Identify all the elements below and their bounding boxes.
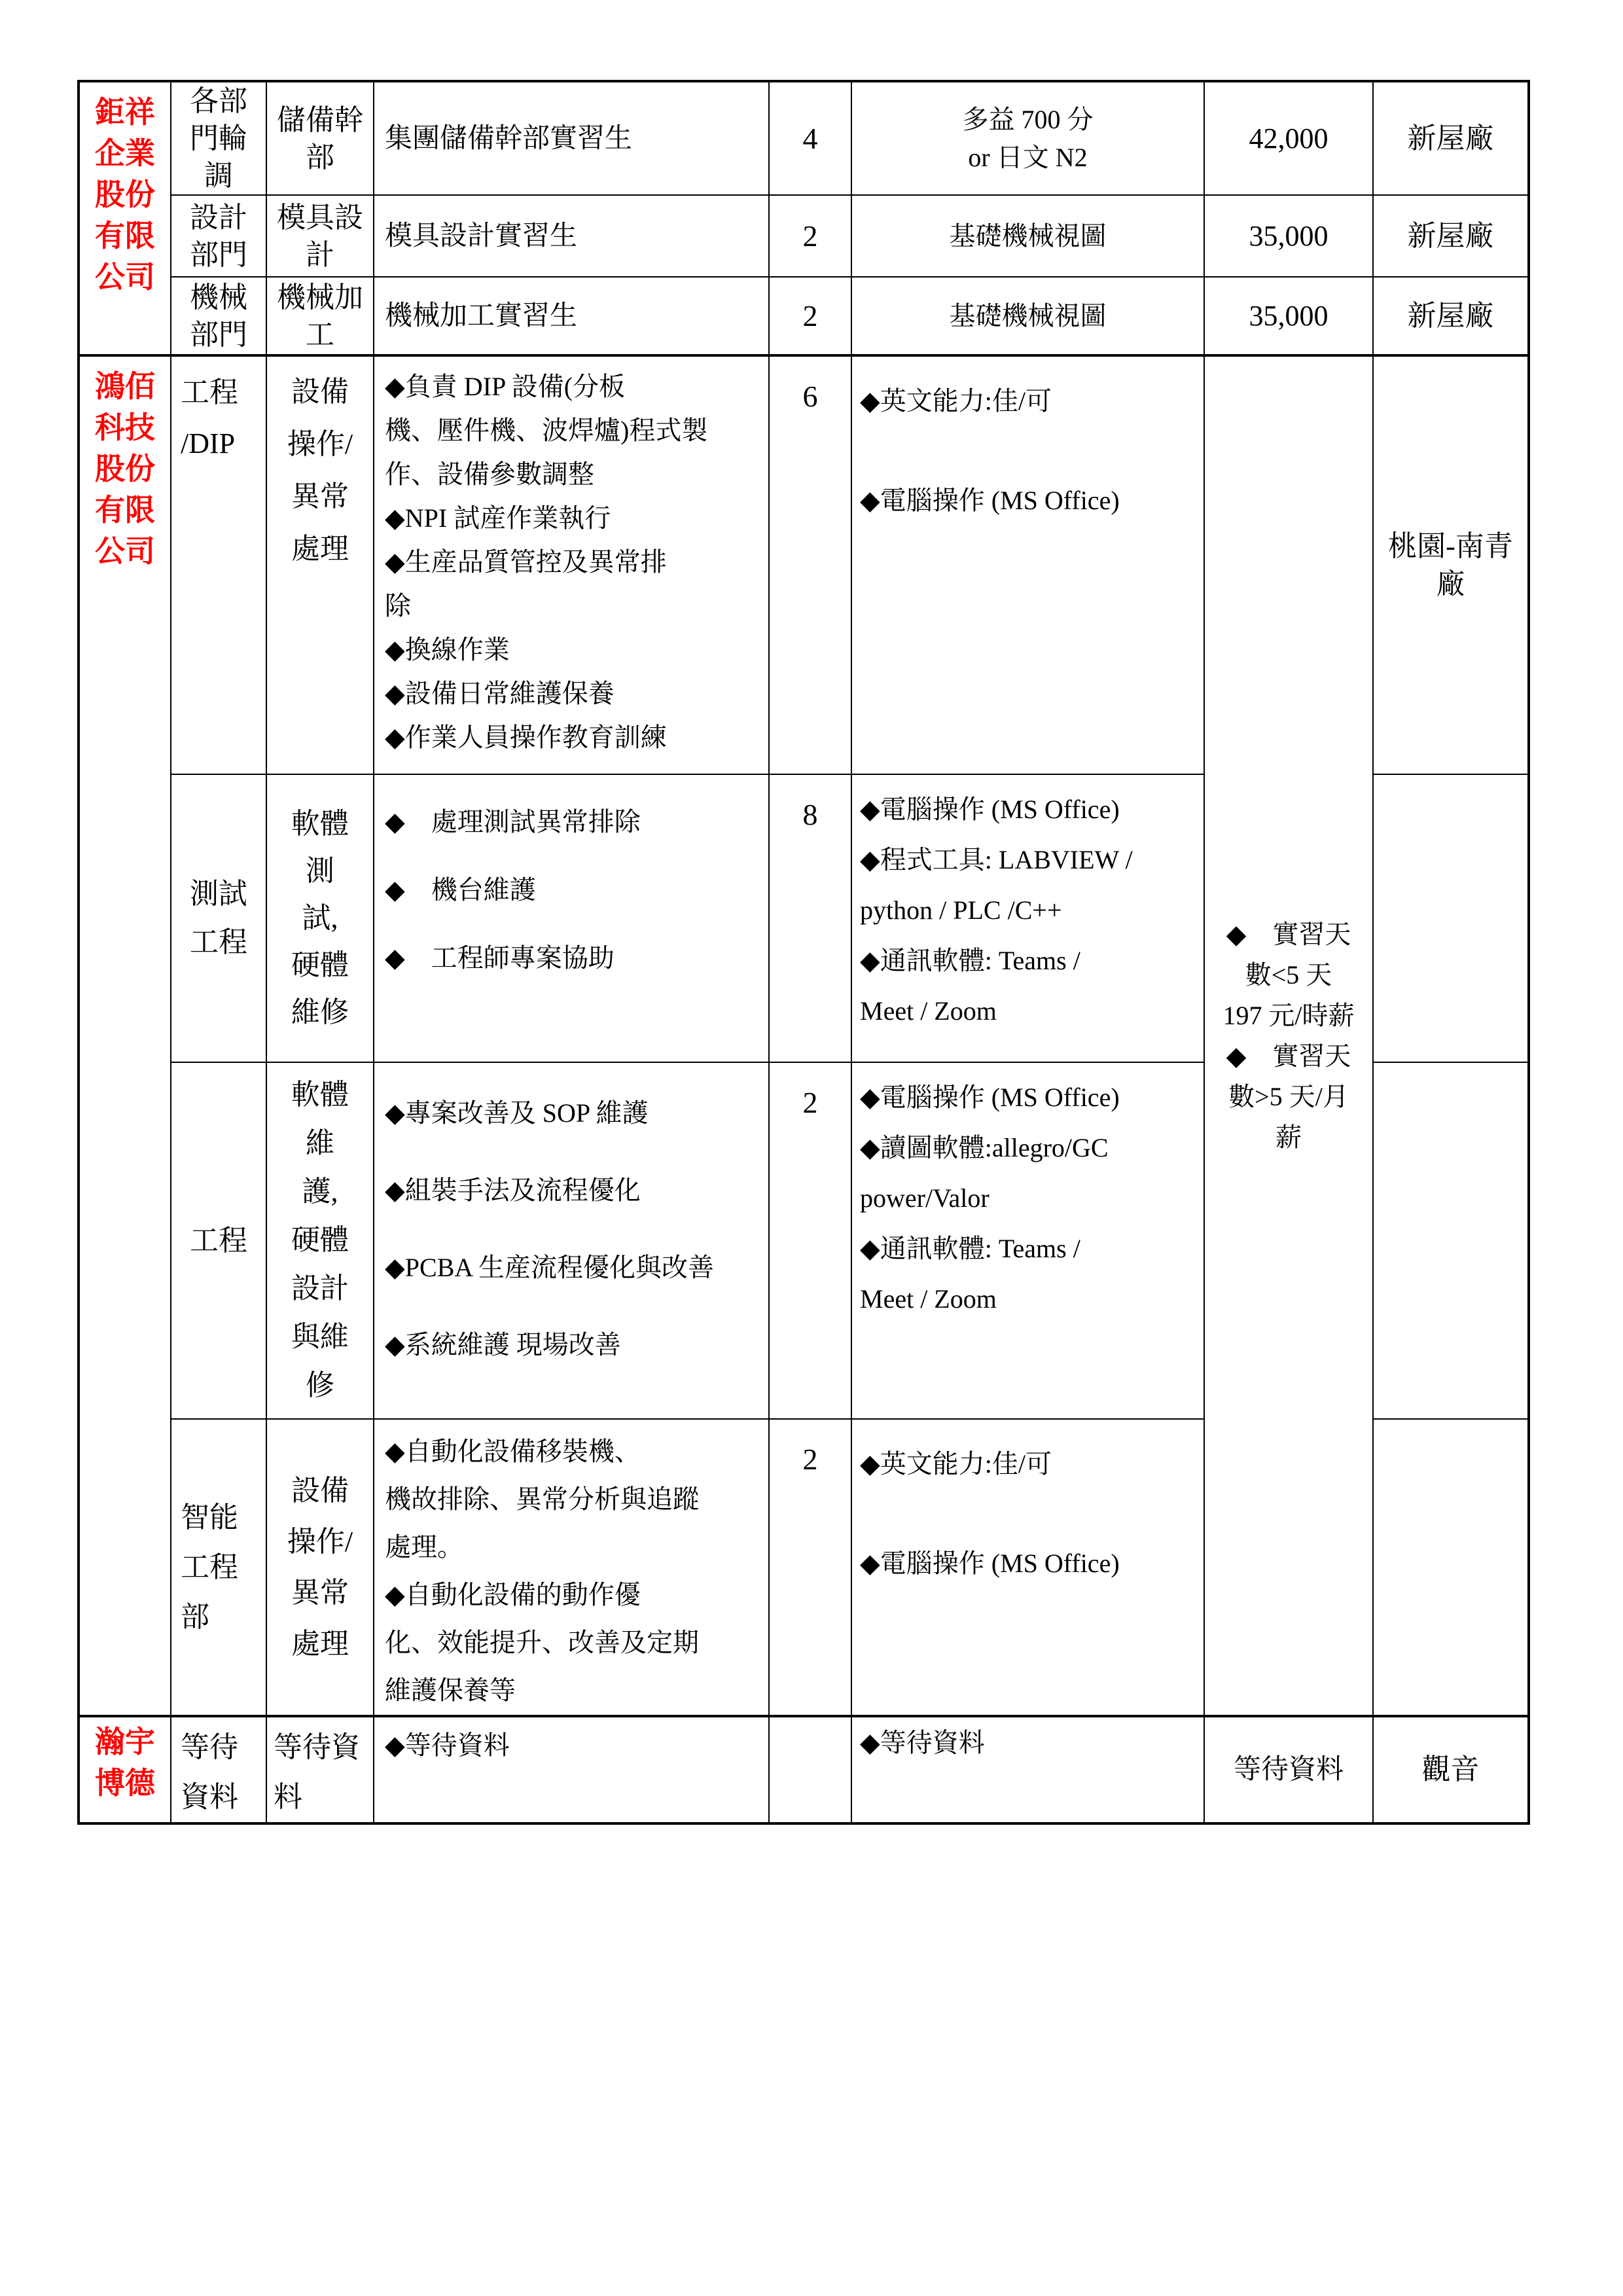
role-cell: 儲備幹 部 [266, 81, 374, 195]
headcount-cell: 2 [769, 277, 851, 355]
internship-table: 鉅祥 企業 股份 有限 公司 各部 門輪 調 儲備幹 部 集團儲備幹部實習生 4… [77, 80, 1530, 1825]
requirements-cell: 基礎機械視圖 [851, 195, 1204, 277]
location-cell [1373, 1062, 1529, 1419]
department-cell: 工程 [171, 1062, 266, 1419]
department-cell: 測試 工程 [171, 774, 266, 1062]
headcount-cell: 4 [769, 81, 851, 195]
role-cell: 軟體 測 試, 硬體 維修 [266, 774, 374, 1062]
location-cell: 桃園-南青 廠 [1373, 355, 1529, 774]
location-cell: 新屋廠 [1373, 81, 1529, 195]
location-cell [1373, 774, 1529, 1062]
salary-cell: 35,000 [1204, 195, 1373, 277]
role-cell: 機械加 工 [266, 277, 374, 355]
location-cell [1373, 1419, 1529, 1716]
company-name: 瀚宇 博德 [79, 1716, 171, 1823]
department-cell: 機械 部門 [171, 277, 266, 355]
location-cell: 觀音 [1373, 1716, 1529, 1823]
description-cell: 機械加工實習生 [374, 277, 769, 355]
description-cell: ◆等待資料 [374, 1716, 769, 1823]
requirements-cell: ◆英文能力:佳/可 ◆電腦操作 (MS Office) [851, 355, 1204, 774]
requirements-cell: ◆電腦操作 (MS Office) ◆程式工具: LABVIEW / pytho… [851, 774, 1204, 1062]
location-cell: 新屋廠 [1373, 195, 1529, 277]
table-row: 瀚宇 博德 等待 資料 等待資 料 ◆等待資料 ◆等待資料 等待資料 觀音 [79, 1716, 1529, 1823]
document-page: 鉅祥 企業 股份 有限 公司 各部 門輪 調 儲備幹 部 集團儲備幹部實習生 4… [0, 0, 1623, 2296]
salary-cell: 35,000 [1204, 277, 1373, 355]
description-cell: 模具設計實習生 [374, 195, 769, 277]
description-cell: 集團儲備幹部實習生 [374, 81, 769, 195]
requirements-cell: ◆電腦操作 (MS Office) ◆讀圖軟體:allegro/GC power… [851, 1062, 1204, 1419]
headcount-cell: 6 [769, 355, 851, 774]
department-cell: 工程 /DIP [171, 355, 266, 774]
role-cell: 軟體 維 護, 硬體 設計 與維 修 [266, 1062, 374, 1419]
table-row: 鴻佰 科技 股份 有限 公司 工程 /DIP 設備 操作/ 異常 處理 ◆負責 … [79, 355, 1529, 774]
salary-cell: 42,000 [1204, 81, 1373, 195]
headcount-cell: 8 [769, 774, 851, 1062]
company-name: 鉅祥 企業 股份 有限 公司 [79, 81, 171, 355]
table-row: 鉅祥 企業 股份 有限 公司 各部 門輪 調 儲備幹 部 集團儲備幹部實習生 4… [79, 81, 1529, 195]
headcount-cell: 2 [769, 1062, 851, 1419]
department-cell: 設計 部門 [171, 195, 266, 277]
role-cell: 等待資 料 [266, 1716, 374, 1823]
department-cell: 智能 工程 部 [171, 1419, 266, 1716]
department-cell: 各部 門輪 調 [171, 81, 266, 195]
role-cell: 設備 操作/ 異常 處理 [266, 1419, 374, 1716]
description-cell: ◆自動化設備移裝機、 機故排除、異常分析與追蹤 處理。 ◆自動化設備的動作優 化… [374, 1419, 769, 1716]
headcount-cell: 2 [769, 1419, 851, 1716]
description-cell: ◆負責 DIP 設備(分板 機、壓件機、波焊爐)程式製 作、設備參數調整 ◆NP… [374, 355, 769, 774]
department-cell: 等待 資料 [171, 1716, 266, 1823]
role-cell: 模具設 計 [266, 195, 374, 277]
location-cell: 新屋廠 [1373, 277, 1529, 355]
description-cell: ◆專案改善及 SOP 維護 ◆組裝手法及流程優化 ◆PCBA 生産流程優化與改善… [374, 1062, 769, 1419]
company-name: 鴻佰 科技 股份 有限 公司 [79, 355, 171, 1716]
headcount-cell: 2 [769, 195, 851, 277]
salary-cell: 等待資料 [1204, 1716, 1373, 1823]
description-cell: ◆ 處理測試異常排除 ◆ 機台維護 ◆ 工程師專案協助 [374, 774, 769, 1062]
headcount-cell [769, 1716, 851, 1823]
requirements-cell: ◆英文能力:佳/可 ◆電腦操作 (MS Office) [851, 1419, 1204, 1716]
salary-cell: ◆ 實習天 數<5 天 197 元/時薪 ◆ 實習天 數>5 天/月 薪 [1204, 355, 1373, 1716]
table-row: 設計 部門 模具設 計 模具設計實習生 2 基礎機械視圖 35,000 新屋廠 [79, 195, 1529, 277]
requirements-cell: ◆等待資料 [851, 1716, 1204, 1823]
requirements-cell: 多益 700 分 or 日文 N2 [851, 81, 1204, 195]
table-row: 機械 部門 機械加 工 機械加工實習生 2 基礎機械視圖 35,000 新屋廠 [79, 277, 1529, 355]
requirements-cell: 基礎機械視圖 [851, 277, 1204, 355]
role-cell: 設備 操作/ 異常 處理 [266, 355, 374, 774]
